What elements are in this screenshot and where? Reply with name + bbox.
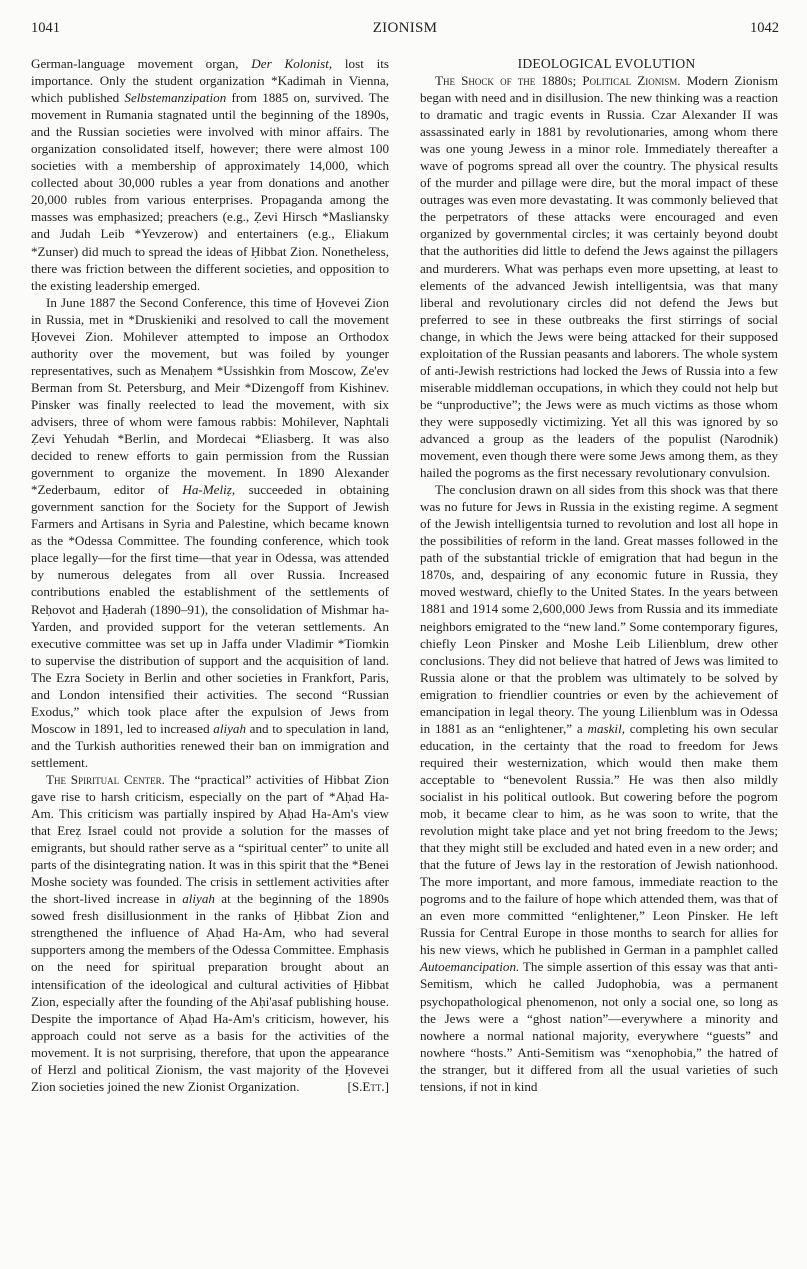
italic-title: Ha-Meliẓ, [182, 482, 235, 497]
text: at the beginning of the 1890s sowed fres… [31, 891, 389, 1094]
italic-title: Autoemancipation. [420, 959, 519, 974]
italic-title: Selbstemanzipation [124, 90, 226, 105]
italic-term: aliyah [182, 891, 215, 906]
text: The simple assertion of this essay was t… [420, 959, 778, 1093]
running-title: ZIONISM [31, 20, 779, 37]
author-signature: [S.Ett.] [332, 1078, 389, 1095]
italic-title: Der Kolonist, [251, 56, 332, 71]
text: In June 1887 the Second Conference, this… [31, 295, 389, 498]
text: completing his own secular education, in… [420, 721, 778, 958]
paragraph: The Spiritual Center. The “practical” ac… [31, 771, 389, 1095]
paragraph: The conclusion drawn on all sides from t… [420, 481, 778, 1095]
left-column: German-language movement organ, Der Kolo… [31, 55, 389, 1095]
text: Modern Zionism began with need and in di… [420, 73, 778, 480]
page-number-right: 1042 [750, 20, 779, 37]
run-in-heading: The Shock of the 1880s; Political Zionis… [435, 73, 681, 88]
right-column: IDEOLOGICAL EVOLUTION The Shock of the 1… [420, 55, 778, 1095]
running-header: 1041 ZIONISM 1042 [31, 20, 779, 42]
text: The conclusion drawn on all sides from t… [420, 482, 778, 736]
paragraph: The Shock of the 1880s; Political Zionis… [420, 72, 778, 481]
section-heading: IDEOLOGICAL EVOLUTION [420, 55, 778, 72]
run-in-heading: The Spiritual Center. [46, 772, 165, 787]
text: The “practical” activities of Hibbat Zio… [31, 772, 389, 906]
text: from 1885 on, survived. The movement in … [31, 90, 389, 293]
text: succeeded in obtaining government sancti… [31, 482, 389, 736]
italic-term: maskil, [588, 721, 625, 736]
paragraph: German-language movement organ, Der Kolo… [31, 55, 389, 294]
paragraph: In June 1887 the Second Conference, this… [31, 294, 389, 771]
text: German-language movement organ, [31, 56, 251, 71]
italic-term: aliyah [213, 721, 246, 736]
